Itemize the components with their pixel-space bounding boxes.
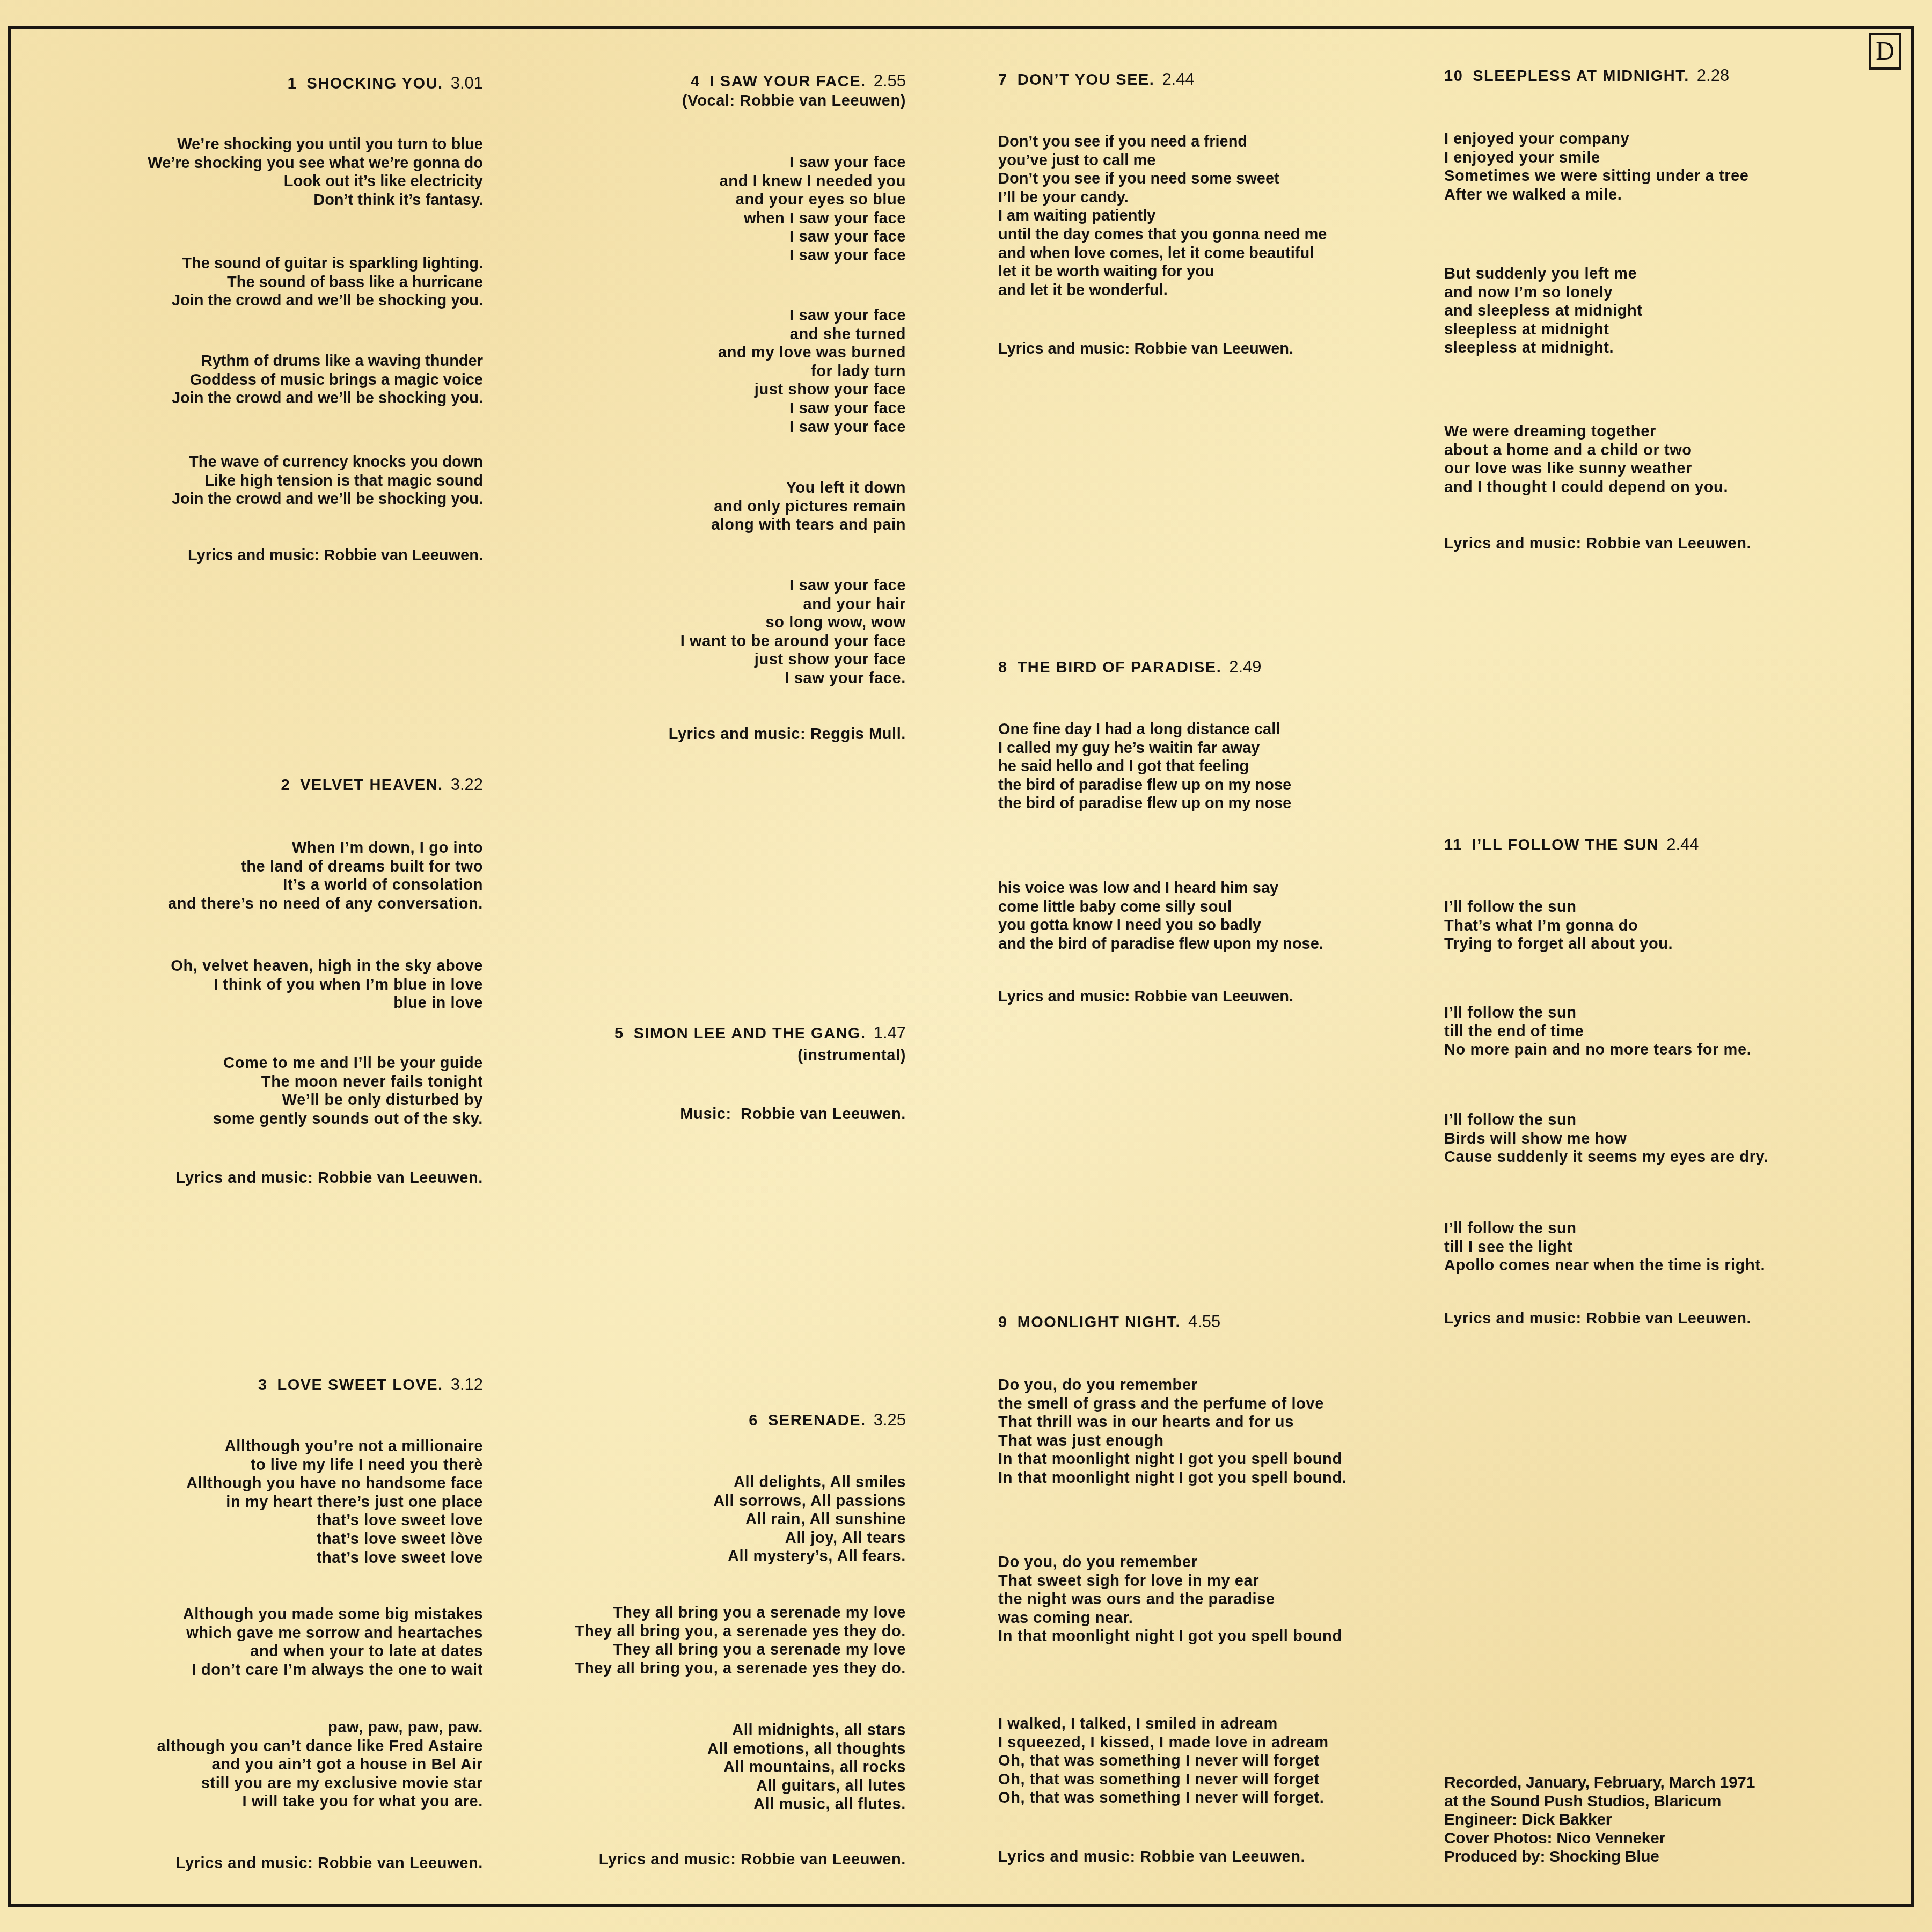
lyric-line: I saw your face [720,246,906,265]
stanza: I’ll follow the sunThat’s what I’m gonna… [1444,898,1673,954]
lyric-line: I will take you for what you are. [157,1792,483,1811]
track-duration: 2.55 [874,71,906,90]
lyric-line: We’ll be only disturbed by [213,1091,483,1110]
lyric-line: Oh, that was something I never will forg… [998,1770,1329,1789]
lyric-line: Do you, do you remember [998,1553,1342,1572]
lyric-line: They all bring you a serenade my love [575,1604,906,1622]
note-line: at the Sound Push Studios, Blaricum [1444,1792,1755,1811]
track-number: 9 [998,1314,1008,1331]
track-number: 1 [288,75,297,92]
lyric-line: Come to me and I’ll be your guide [213,1054,483,1073]
lyric-line: I saw your face [720,153,906,172]
lyric-line: All mountains, all rocks [707,1758,906,1777]
lyric-line: All guitars, all lutes [707,1777,906,1796]
song-title: 5SIMON LEE AND THE GANG.1.47 [614,1024,906,1043]
lyric-line: and your eyes so blue [720,191,906,209]
lyric-line: I’ll follow the sun [1444,1004,1751,1022]
stanza: One fine day I had a long distance callI… [998,720,1291,813]
song-subtitle: (Vocal: Robbie van Leeuwen) [682,92,906,111]
lyric-line: which gave me sorrow and heartaches [183,1624,483,1643]
lyric-line: Do you, do you remember [998,1376,1346,1395]
lyric-line: come little baby come silly soul [998,898,1323,917]
lyric-line: till I see the light [1444,1238,1765,1257]
stanza: Rythm of drums like a waving thunderGodd… [172,352,483,408]
lyric-line: When I’m down, I go into [168,839,483,858]
lyric-line: was coming near. [998,1609,1342,1628]
song-credit: Lyrics and music: Reggis Mull. [669,725,906,744]
lyric-line: and now I’m so lonely [1444,283,1643,302]
track-duration: 2.44 [1162,70,1194,89]
track-number: 7 [998,71,1008,89]
stanza: All midnights, all starsAll emotions, al… [707,1721,906,1814]
lyric-line: I squeezed, I kissed, I made love in adr… [998,1733,1329,1752]
lyric-line: The sound of bass like a hurricane [172,273,483,292]
stanza: The wave of currency knocks you downLike… [172,453,483,509]
lyric-line: They all bring you, a serenade yes they … [575,1659,906,1678]
lyric-line: I’ll follow the sun [1444,1219,1765,1238]
lyric-line: and the bird of paradise flew upon my no… [998,935,1323,954]
lyric-line: The sound of guitar is sparkling lightin… [172,254,483,273]
lyric-line: I saw your face. [680,669,906,688]
lyric-line: sleepless at midnight. [1444,339,1643,357]
track-duration: 2.44 [1666,835,1699,854]
lyric-line: I enjoyed your company [1444,130,1749,149]
track-title: I SAW YOUR FACE. [710,73,866,90]
lyric-line: Trying to forget all about you. [1444,935,1673,954]
lyric-line: he said hello and I got that feeling [998,757,1291,776]
lyric-line: and she turned [718,325,906,344]
lyric-line: Oh, velvet heaven, high in the sky above [171,957,483,976]
lyric-line: and when your to late at dates [183,1642,483,1661]
track-title: THE BIRD OF PARADISE. [1018,659,1222,676]
lyric-line: and when love comes, let it come beautif… [998,244,1327,263]
track-number: 10 [1444,68,1463,85]
lyric-line: although you can’t dance like Fred Astai… [157,1737,483,1756]
track-title: LOVE SWEET LOVE. [277,1377,443,1394]
lyric-line: I saw your face [720,228,906,246]
lyric-line: and my love was burned [718,343,906,362]
track-title: VELVET HEAVEN. [300,777,443,794]
song-title: 3LOVE SWEET LOVE.3.12 [258,1375,483,1395]
lyric-line: All rain, All sunshine [713,1510,906,1529]
lyric-line: All music, all flutes. [707,1795,906,1814]
lyric-line: No more pain and no more tears for me. [1444,1041,1751,1059]
lyric-line: Don’t think it’s fantasy. [148,191,483,210]
song-credit: Lyrics and music: Robbie van Leeuwen. [998,1848,1305,1867]
lyric-line: I am waiting patiently [998,207,1327,225]
song-credit: Lyrics and music: Robbie van Leeuwen. [176,1854,483,1873]
lyric-line: Apollo comes near when the time is right… [1444,1256,1765,1275]
lyric-line: That sweet sigh for love in my ear [998,1572,1342,1591]
lyric-line: I’ll follow the sun [1444,898,1673,917]
lyric-line: and there’s no need of any conversation. [168,895,483,913]
song-title: 11I’LL FOLLOW THE SUN2.44 [1444,836,1699,855]
stanza: When I’m down, I go intothe land of drea… [168,839,483,913]
lyric-line: I’ll follow the sun [1444,1111,1768,1130]
lyric-line: I walked, I talked, I smiled in adream [998,1715,1329,1733]
song-credit: Music: Robbie van Leeuwen. [680,1105,906,1124]
lyric-line: Join the crowd and we’ll be shocking you… [172,389,483,408]
stanza: Oh, velvet heaven, high in the sky above… [171,957,483,1013]
stanza: I’ll follow the suntill the end of timeN… [1444,1004,1751,1059]
lyric-line: All sorrows, All passions [713,1492,906,1511]
song-subtitle: (instrumental) [797,1046,906,1065]
lyric-line: We were dreaming together [1444,422,1728,441]
lyric-line: just show your face [680,650,906,669]
stanza: I’ll follow the suntill I see the lightA… [1444,1219,1765,1275]
stanza: I enjoyed your companyI enjoyed your smi… [1444,130,1749,204]
track-duration: 3.22 [451,775,483,794]
stanza: his voice was low and I heard him saycom… [998,879,1323,953]
track-duration: 4.55 [1188,1312,1220,1331]
track-title: SIMON LEE AND THE GANG. [634,1025,866,1042]
lyric-line: Don’t you see if you need some sweet [998,170,1327,188]
lyric-line: All joy, All tears [713,1529,906,1548]
lyric-line: All delights, All smiles [713,1473,906,1492]
lyric-line: I called my guy he’s waitin far away [998,739,1291,758]
stanza: Allthough you’re not a millionaireto liv… [186,1437,483,1567]
lyric-line: Don’t you see if you need a friend [998,133,1327,151]
lyric-line: The moon never fails tonight [213,1073,483,1092]
lyric-line: in my heart there’s just one place [186,1493,483,1512]
stanza: I saw your faceand she turnedand my love… [718,306,906,436]
lyric-line: so long wow, wow [680,613,906,632]
lyric-line: along with tears and pain [711,516,906,535]
lyric-line: I think of you when I’m blue in love [171,976,483,994]
lyric-line: the smell of grass and the perfume of lo… [998,1395,1346,1414]
lyric-line: Rythm of drums like a waving thunder [172,352,483,371]
song-title: 1SHOCKING YOU.3.01 [288,74,483,93]
song-title: 6SERENADE.3.25 [749,1411,906,1430]
lyric-line: That thrill was in our hearts and for us [998,1413,1346,1432]
song-title: 8THE BIRD OF PARADISE.2.49 [998,658,1262,677]
lyric-line: for lady turn [718,362,906,381]
lyric-line: I saw your face [718,399,906,418]
lyric-line: his voice was low and I heard him say [998,879,1323,898]
lyric-line: that’s love sweet lòve [186,1530,483,1549]
lyric-line: until the day comes that you gonna need … [998,225,1327,244]
lyric-line: I want to be around your face [680,632,906,651]
lyric-line: about a home and a child or two [1444,441,1728,460]
lyric-line: I saw your face [680,576,906,595]
stanza: Although you made some big mistakeswhich… [183,1605,483,1679]
lyric-line: the bird of paradise flew up on my nose [998,794,1291,813]
lyric-line: let it be worth waiting for you [998,262,1327,281]
lyric-line: to live my life I need you therè [186,1456,483,1475]
track-number: 2 [281,777,291,794]
lyric-line: just show your face [718,380,906,399]
lyric-line: sleepless at midnight [1444,320,1643,339]
lyric-line: and your hair [680,595,906,614]
track-duration: 2.49 [1229,657,1261,676]
track-duration: 3.12 [451,1375,483,1394]
lyric-line: In that moonlight night I got you spell … [998,1450,1346,1469]
lyric-line: Although you made some big mistakes [183,1605,483,1624]
stanza: Don’t you see if you need a friendyou’ve… [998,133,1327,299]
track-title: SHOCKING YOU. [306,75,443,92]
lyric-line: Goddess of music brings a magic voice [172,371,483,390]
lyric-line: that’s love sweet love [186,1549,483,1568]
lyric-line: and you ain’t got a house in Bel Air [157,1755,483,1774]
lyric-line: Join the crowd and we’ll be shocking you… [172,490,483,509]
stanza: I walked, I talked, I smiled in adreamI … [998,1715,1329,1807]
song-title: 2VELVET HEAVEN.3.22 [281,775,483,795]
lyric-line: when I saw your face [720,209,906,228]
lyric-line: In that moonlight night I got you spell … [998,1469,1346,1488]
stanza: I’ll follow the sunBirds will show me ho… [1444,1111,1768,1167]
stanza: Do you, do you rememberthe smell of gras… [998,1376,1346,1488]
lyric-line: you gotta know I need you so badly [998,916,1323,935]
stanza: But suddenly you left meand now I’m so l… [1444,265,1643,357]
stanza: You left it downand only pictures remain… [711,479,906,535]
lyric-line: the land of dreams built for two [168,858,483,876]
lyric-line: blue in love [171,994,483,1013]
lyric-line: still you are my exclusive movie star [157,1774,483,1793]
lyric-line: But suddenly you left me [1444,265,1643,283]
lyric-line: Like high tension is that magic sound [172,472,483,491]
lyric-line: Allthough you’re not a millionaire [186,1437,483,1456]
lyric-line: It’s a world of consolation [168,876,483,895]
song-title: 9MOONLIGHT NIGHT.4.55 [998,1313,1220,1332]
lyric-line: that’s love sweet love [186,1511,483,1530]
lyric-line: Allthough you have no handsome face [186,1474,483,1493]
lyric-line: After we walked a mile. [1444,186,1749,204]
song-credit: Lyrics and music: Robbie van Leeuwen. [599,1850,906,1869]
song-credit: Lyrics and music: Robbie van Leeuwen. [998,340,1293,358]
lyric-line: Oh, that was something I never will forg… [998,1752,1329,1770]
lyric-line: and sleepless at midnight [1444,302,1643,320]
lyric-line: Cause suddenly it seems my eyes are dry. [1444,1148,1768,1167]
lyric-line: I enjoyed your smile [1444,149,1749,167]
lyric-line: All emotions, all thoughts [707,1740,906,1759]
lyric-line: Join the crowd and we’ll be shocking you… [172,291,483,310]
track-number: 6 [749,1412,758,1429]
track-title: MOONLIGHT NIGHT. [1018,1314,1181,1331]
stanza: I saw your faceand your hairso long wow,… [680,576,906,688]
lyric-line: and only pictures remain [711,497,906,516]
lyric-line: All midnights, all stars [707,1721,906,1740]
lyric-line: till the end of time [1444,1022,1751,1041]
lyric-line: Birds will show me how [1444,1130,1768,1148]
song-credit: Lyrics and music: Robbie van Leeuwen. [1444,535,1751,553]
lyric-line: One fine day I had a long distance call [998,720,1291,739]
recording-notes: Recorded, January, February, March 1971a… [1444,1774,1755,1867]
lyric-line: That’s what I’m gonna do [1444,917,1673,935]
song-credit: Lyrics and music: Robbie van Leeuwen. [1444,1309,1751,1328]
stanza: They all bring you a serenade my loveThe… [575,1604,906,1678]
note-line: Produced by: Shocking Blue [1444,1848,1755,1867]
lyric-line: Oh, that was something I never will forg… [998,1789,1329,1807]
song-credit: Lyrics and music: Robbie van Leeuwen. [188,546,483,565]
lyric-line: paw, paw, paw, paw. [157,1718,483,1737]
track-number: 5 [614,1025,624,1042]
track-number: 4 [691,73,700,90]
track-number: 11 [1444,837,1462,854]
track-number: 8 [998,659,1008,676]
note-line: Engineer: Dick Bakker [1444,1811,1755,1829]
lyric-line: Sometimes we were sitting under a tree [1444,167,1749,186]
lyric-line: the night was ours and the paradise [998,1590,1342,1609]
track-title: I’LL FOLLOW THE SUN [1472,837,1659,854]
stanza: Come to me and I’ll be your guideThe moo… [213,1054,483,1128]
track-duration: 2.28 [1697,66,1729,85]
track-duration: 3.25 [874,1410,906,1429]
lyric-line: and I thought I could depend on you. [1444,478,1728,497]
track-duration: 3.01 [451,74,483,92]
track-title: SLEEPLESS AT MIDNIGHT. [1473,68,1689,85]
track-title: SERENADE. [768,1412,866,1429]
lyric-line: the bird of paradise flew up on my nose [998,776,1291,795]
lyric-line: The wave of currency knocks you down [172,453,483,472]
song-title: 4I SAW YOUR FACE.2.55 [691,72,906,91]
lyric-line: our love was like sunny weather [1444,459,1728,478]
lyric-line: I don’t care I’m always the one to wait [183,1661,483,1680]
lyric-line: and let it be wonderful. [998,281,1327,300]
lyric-line: you’ve just to call me [998,151,1327,170]
stanza: I saw your faceand I knew I needed youan… [720,153,906,265]
stanza: We were dreaming togetherabout a home an… [1444,422,1728,496]
note-line: Recorded, January, February, March 1971 [1444,1774,1755,1792]
stanza: All delights, All smilesAll sorrows, All… [713,1473,906,1566]
lyric-line: They all bring you, a serenade yes they … [575,1622,906,1641]
lyric-line: I saw your face [718,306,906,325]
track-number: 3 [258,1377,268,1394]
song-title: 7DON’T YOU SEE.2.44 [998,70,1195,90]
track-title: DON’T YOU SEE. [1018,71,1155,89]
lyric-line: That was just enough [998,1432,1346,1451]
lyric-line: They all bring you a serenade my love [575,1641,906,1659]
lyric-line: In that moonlight night I got you spell … [998,1627,1342,1646]
note-line: Cover Photos: Nico Venneker [1444,1829,1755,1848]
side-letter: D [1876,39,1894,64]
track-duration: 1.47 [874,1023,906,1042]
song-title: 10SLEEPLESS AT MIDNIGHT.2.28 [1444,67,1729,86]
song-credit: Lyrics and music: Robbie van Leeuwen. [176,1169,483,1188]
lyric-line: All mystery’s, All fears. [713,1547,906,1566]
stanza: paw, paw, paw, paw.although you can’t da… [157,1718,483,1811]
lyric-line: I’ll be your candy. [998,188,1327,207]
lyric-line: Look out it’s like electricity [148,172,483,191]
lyric-line: some gently sounds out of the sky. [213,1110,483,1129]
lyric-line: We’re shocking you until you turn to blu… [148,135,483,154]
lyric-line: You left it down [711,479,906,497]
stanza: The sound of guitar is sparkling lightin… [172,254,483,310]
lyric-line: I saw your face [718,418,906,437]
stanza: Do you, do you rememberThat sweet sigh f… [998,1553,1342,1646]
lyric-line: We’re shocking you see what we’re gonna … [148,154,483,173]
side-d-badge: D [1869,33,1901,70]
song-credit: Lyrics and music: Robbie van Leeuwen. [998,987,1293,1006]
stanza: We’re shocking you until you turn to blu… [148,135,483,209]
lyric-line: and I knew I needed you [720,172,906,191]
